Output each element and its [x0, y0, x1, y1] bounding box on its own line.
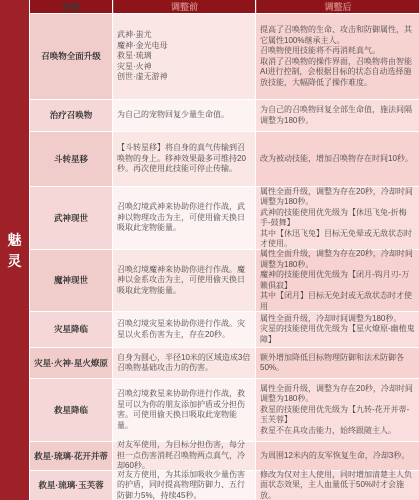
before-cell: 召唤幻境魔神来协助你进行作战。魔神以金系攻击为主，可使用偷天换日吸取此宠物能量。 [113, 250, 256, 311]
table-row: 救星·琉璃·玉芙蓉 对友方使用，为其添加吸收少量伤害的护盾，同时提高物理防御力、… [30, 470, 419, 500]
skill-cell: 灾星·火神·星火燎原 [30, 348, 113, 378]
after-cell: 属性全面升级，冷却时间调整为180秒。 灾星的技能使用优先级为【星火燎原-幽植鬼… [256, 312, 419, 347]
table-row: 灾星·火神·星火燎原 自身为圆心，半径10米的区域造成3倍召唤物基础攻击力的伤害… [30, 347, 419, 378]
after-cell: 改为被动技能，增加召唤物存在时间10秒。 [256, 132, 419, 186]
skill-cell: 救星·琉璃·玉芙蓉 [30, 471, 113, 500]
before-cell: 自身为圆心，半径10米的区域造成3倍召唤物基础攻击力的伤害。 [113, 348, 256, 378]
after-cell: 属性全面升级，调整为存在20秒，冷却时间调整为180秒。 武神的技能使用优先级为… [256, 187, 419, 249]
table-row: 魔神现世 召唤幻境魔神来协助你进行作战。魔神以金系攻击为主，可使用偷天换日吸取此… [30, 249, 419, 311]
skill-cell: 召唤物全面升级 [30, 14, 113, 99]
skill-cell: 救星·琉璃·花开并蒂 [30, 442, 113, 470]
group-sidebar: 魅 灵 [0, 0, 30, 500]
after-cell: 为自己的召唤物回复全部生命值，施法间隔调整为180秒。 [256, 100, 419, 131]
after-cell: 额外增加降低目标物理防御和法术防御各50%。 [256, 348, 419, 378]
before-cell: 召唤幻境武神来协助你进行作战，武神以物理攻击为主，可使用偷天换日吸取此宠物能量。 [113, 187, 256, 249]
table-row: 灾星降临 召唤幻境灾星来协助你进行作战。灾星以火系伤害为主，存在20秒。 属性全… [30, 311, 419, 347]
before-cell: 【斗转星移】将自身的真气传输到召唤物的身上。移神效果最多可维持20秒。再次使用此… [113, 132, 256, 186]
skill-cell: 灾星降临 [30, 312, 113, 347]
patch-notes-table: 魅 灵 技能 调整前 调整后 召唤物全面升级 武神·蚩尤 魔神·金光电母 救星·… [0, 0, 419, 500]
skill-cell: 斗转星移 [30, 132, 113, 186]
after-cell: 为周围12米内的友军恢复生命，冷却3秒。 [256, 442, 419, 470]
after-cell: 修改为仅对主人使用，同时增加清楚主人负面状态效果，主人血量低于50%时才会施放。 [256, 471, 419, 500]
before-cell: 召唤幻境救星来协助你进行作战，救星可以为你的朋友添加护盾或分担伤害。可使用偷天换… [113, 379, 256, 441]
header-cell-before: 调整前 [113, 0, 256, 13]
table-row: 救星降临 召唤幻境救星来协助你进行作战，救星可以为你的朋友添加护盾或分担伤害。可… [30, 378, 419, 441]
after-cell: 属性全面升级，调整为存在20秒，冷却时间调整为180秒。 救星的技能使用优先级为… [256, 379, 419, 441]
after-cell: 提高了召唤物的生命、攻击和防御属性，其它属性100%继承主人。 召唤物使用技能将… [256, 14, 419, 99]
before-cell: 对友军使用，为目标分担伤害，每分担一点伤害消耗召唤物两点真气，冷却60秒。 [113, 442, 256, 470]
table-row: 救星·琉璃·花开并蒂 对友军使用，为目标分担伤害，每分担一点伤害消耗召唤物两点真… [30, 441, 419, 470]
before-cell: 武神·蚩尤 魔神·金光电母 救星·琉璃 灾星·火神 创世·虚无游神 [113, 14, 256, 99]
table-row: 治疗召唤物 为自己的宠物回复少量生命值。 为自己的召唤物回复全部生命值，施法间隔… [30, 99, 419, 131]
after-cell: 属性全面升级，调整为存在20秒，冷却时间调整为180秒。 魔神的技能使用优先级为… [256, 250, 419, 311]
group-label-char-1: 魅 [8, 233, 22, 247]
table-row: 召唤物全面升级 武神·蚩尤 魔神·金光电母 救星·琉璃 灾星·火神 创世·虚无游… [30, 13, 419, 99]
table-row: 武神现世 召唤幻境武神来协助你进行作战，武神以物理攻击为主，可使用偷天换日吸取此… [30, 186, 419, 249]
before-cell: 召唤幻境灾星来协助你进行作战。灾星以火系伤害为主，存在20秒。 [113, 312, 256, 347]
before-cell: 对友方使用，为其添加吸收少量伤害的护盾，同时提高物理防御力、五行防御力5%，持续… [113, 471, 256, 500]
group-label-char-2: 灵 [8, 254, 22, 268]
skill-cell: 武神现世 [30, 187, 113, 249]
skill-cell: 救星降临 [30, 379, 113, 441]
skill-cell: 治疗召唤物 [30, 100, 113, 131]
table-header: 技能 调整前 调整后 [30, 0, 419, 13]
table-row: 斗转星移 【斗转星移】将自身的真气传输到召唤物的身上。移神效果最多可维持20秒。… [30, 131, 419, 186]
header-cell-skill: 技能 [30, 0, 113, 13]
before-cell: 为自己的宠物回复少量生命值。 [113, 100, 256, 131]
skill-cell: 魔神现世 [30, 250, 113, 311]
header-cell-after: 调整后 [256, 0, 419, 13]
skills-table: 技能 调整前 调整后 召唤物全面升级 武神·蚩尤 魔神·金光电母 救星·琉璃 灾… [30, 0, 419, 500]
